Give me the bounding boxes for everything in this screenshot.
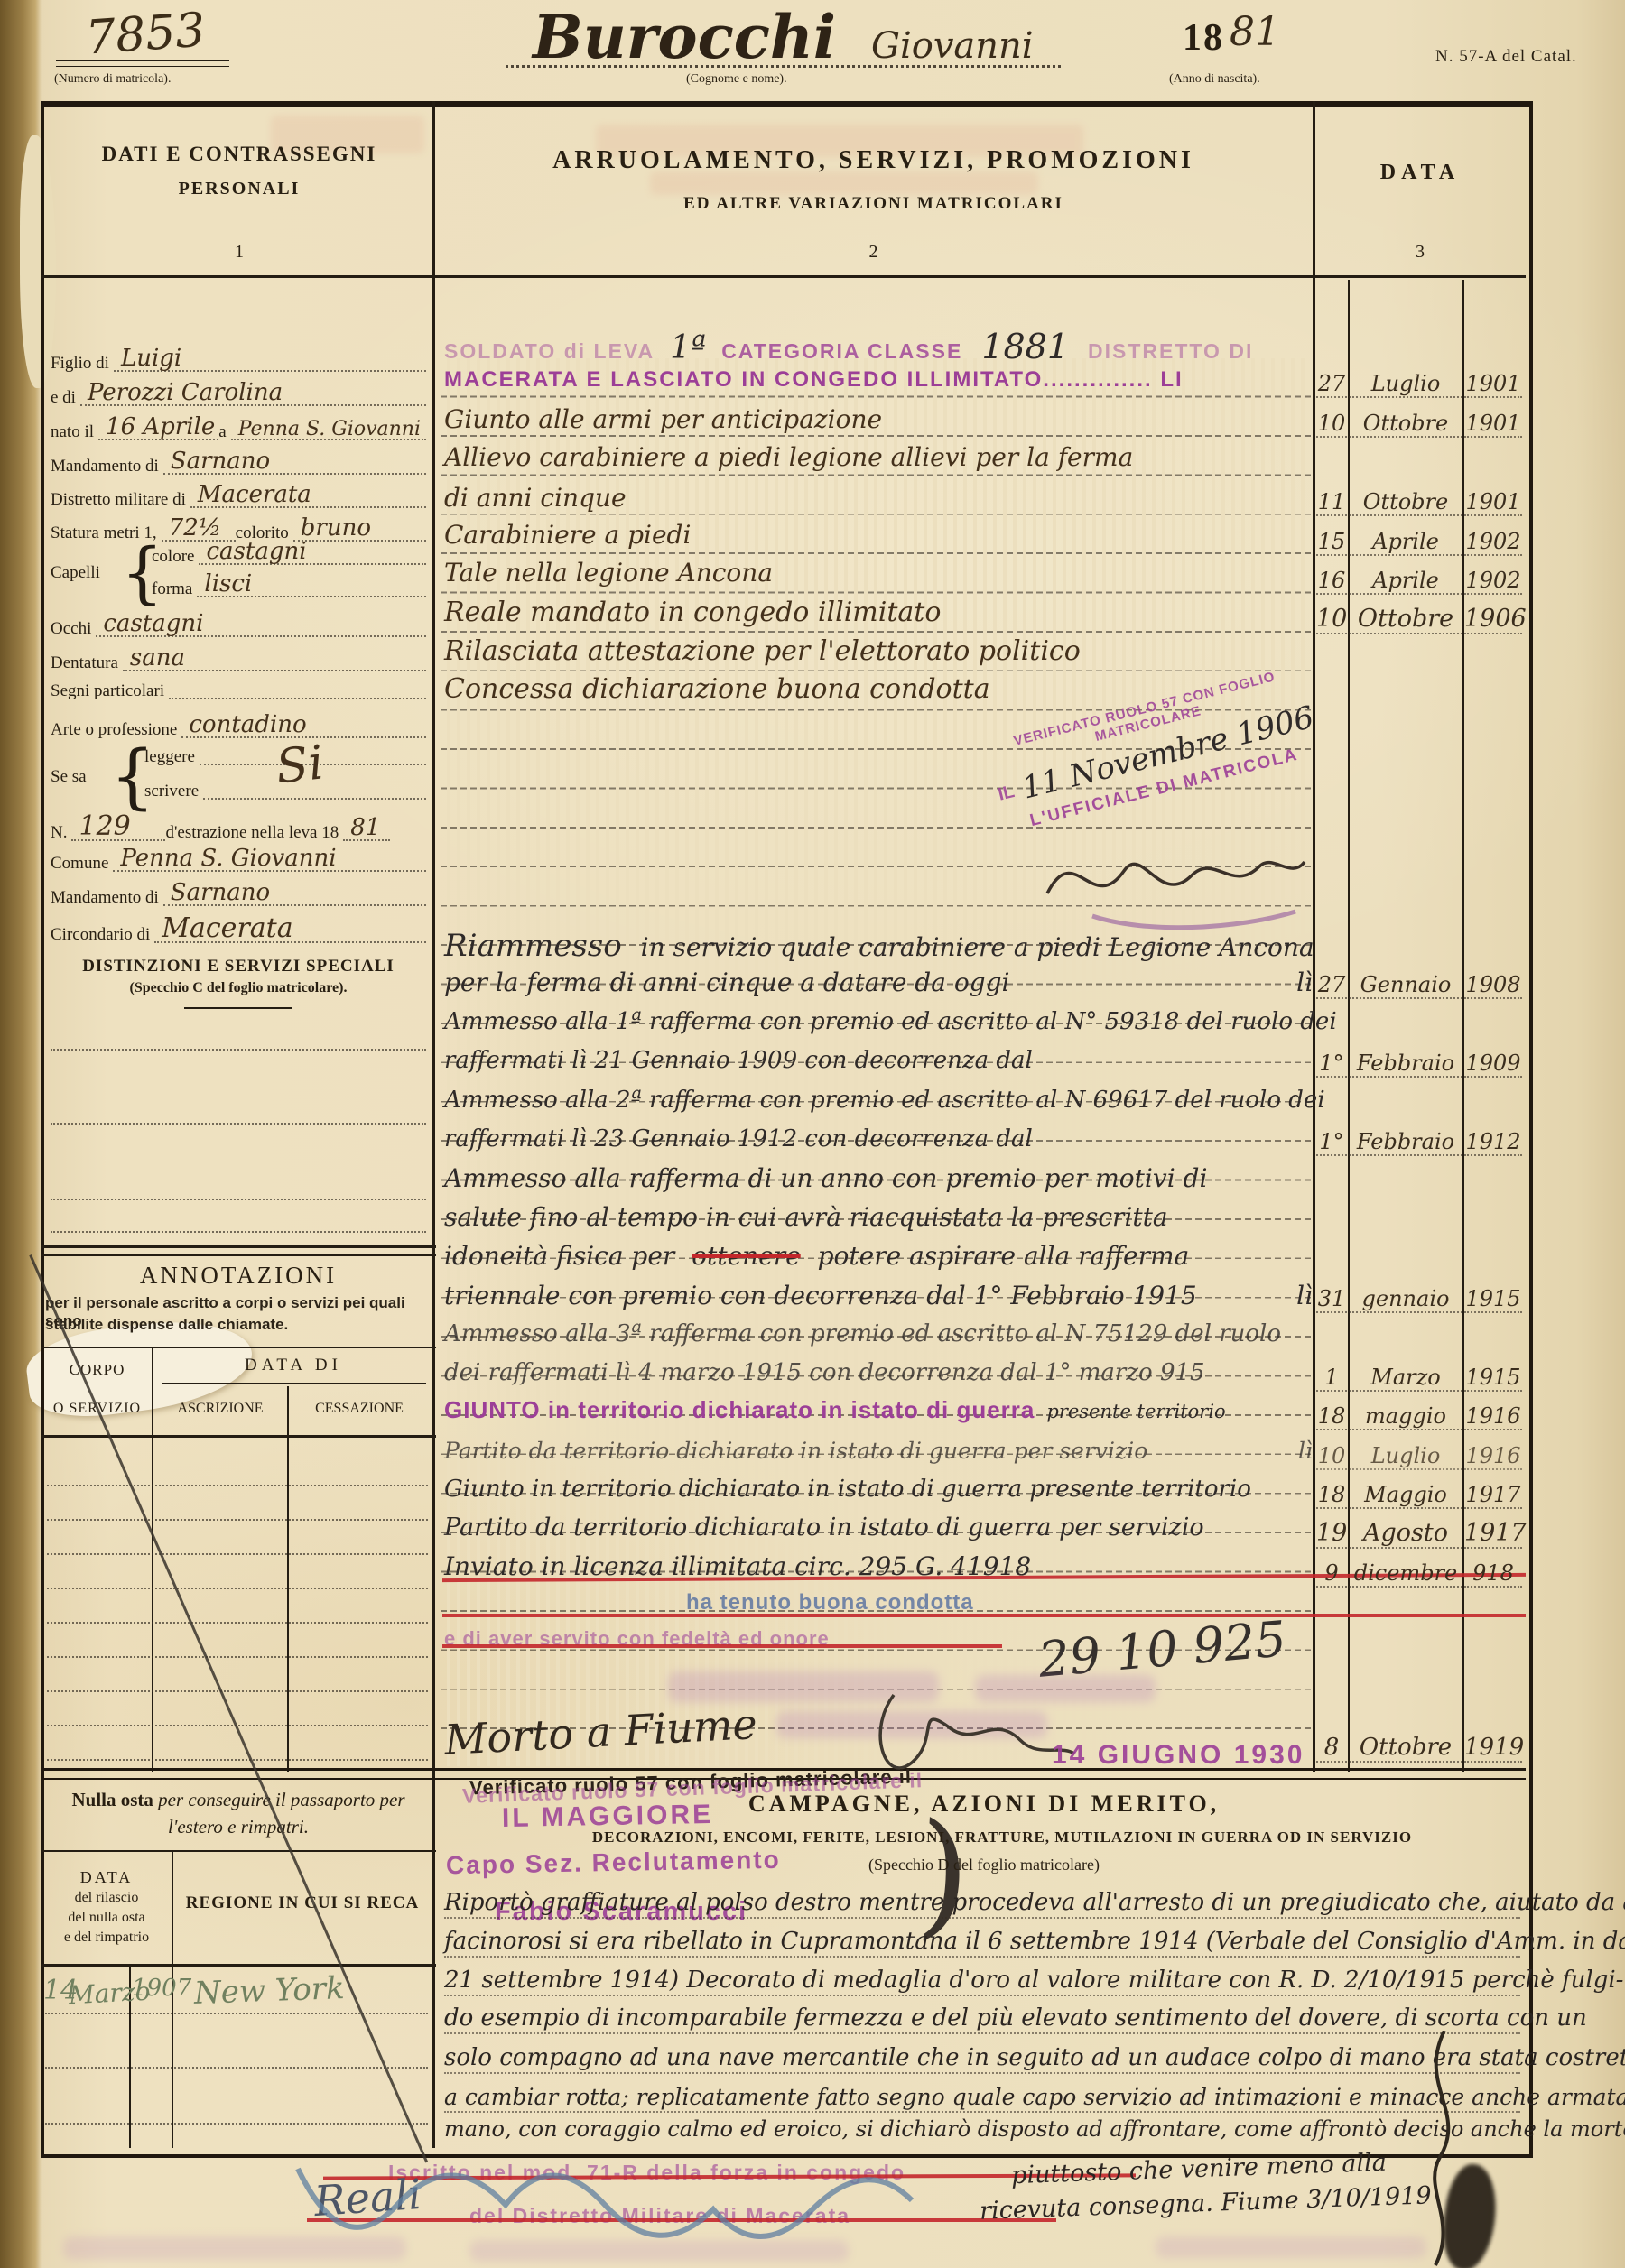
date-row: 10Ottobre1901 (1316, 401, 1522, 438)
date-row: 15Aprile1902 (1316, 519, 1522, 556)
field-dentatura: Dentatura sana (51, 648, 426, 671)
citation-line: do esempio di incomparabile fermezza e d… (444, 2005, 1520, 2034)
nullaosta-col-data-2: del rilascio (45, 1890, 168, 1906)
sesa-label: Se sa (51, 767, 87, 787)
annotazioni-empty-row (47, 1638, 428, 1658)
entry-partito-1916: Partito da territorio dichiarato in ista… (444, 1439, 1313, 1464)
annotazioni-title: ANNOTAZIONI (51, 1262, 426, 1290)
field-professione: Arte o professione contadino (51, 715, 426, 738)
entry-rafferma-anno-b: salute fino al tempo in cui avrà riacqui… (444, 1204, 1313, 1232)
date-row: 8Ottobre1919 (1316, 1726, 1522, 1763)
entry-rafferma2-a: Ammesso alla 2ª rafferma con premio ed a… (444, 1088, 1313, 1114)
given-name: Giovanni (871, 25, 1034, 67)
surname: Burocchi (533, 2, 836, 72)
field-e-di: e di Perozzi Carolina (51, 383, 426, 406)
date-row: 18maggio1916 (1316, 1393, 1522, 1430)
pen-flourish (1390, 2031, 1481, 2268)
annotazioni-empty-row (47, 1707, 428, 1726)
nullaosta-header-bottom (41, 1964, 436, 1967)
distinzioni-title: DISTINZIONI E SERVIZI SPECIALI (51, 957, 426, 977)
annotazioni-col-datadi: DATA DI (158, 1356, 429, 1375)
nullaosta-col-data-4: e del rimpatrio (45, 1930, 168, 1946)
field-circondario: Circondario di Macerata (51, 916, 426, 943)
entry-carabiniere: Carabiniere a piedi (444, 522, 1313, 550)
citation-line: mano, con coraggio calmo ed eroico, si d… (444, 2117, 1520, 2143)
entry-partito-1917: Partito da territorio dichiarato in ista… (444, 1514, 1313, 1541)
entry-rafferma3-b: dei raffermati lì 4 marzo 1915 con decor… (444, 1360, 1313, 1386)
blank-line (51, 1029, 426, 1051)
annotazioni-empty-row (47, 1467, 428, 1486)
nullaosta-empty-row (45, 2047, 428, 2069)
citation-line: a cambiar rotta; replicatamente fatto se… (444, 2085, 1520, 2113)
name-label: (Cognome e nome). (686, 72, 787, 87)
col3-number: 3 (1318, 242, 1522, 263)
birth-year-printed: 18 (1183, 16, 1224, 60)
annotazioni-table-top (41, 1347, 436, 1348)
date-row: 16Aprile1902 (1316, 558, 1522, 595)
nullaosta-col-data-3: del nulla osta (45, 1910, 168, 1926)
date-row: 1°Febbraio1912 (1316, 1119, 1522, 1156)
field-segni-particolari: Segni particolari (51, 682, 426, 699)
entry-giunto-1917: Giunto in territorio dichiarato in istat… (444, 1477, 1313, 1503)
date-row: 19Agosto1917 (1316, 1512, 1522, 1549)
date-row: 18Maggio1917 (1316, 1472, 1522, 1509)
nullaosta-heading-2: l'estero e rimpatri. (45, 1816, 432, 1838)
annotazioni-empty-row (47, 1535, 428, 1555)
annotazioni-col-corpo: CORPO (45, 1361, 149, 1379)
distinzioni-ornament (184, 1007, 292, 1014)
entry-allievo: Allievo carabiniere a piedi legione alli… (444, 444, 1518, 472)
annotazioni-datadi-rule (162, 1383, 426, 1384)
entry-rafferma-anno-d: triennale con premio con decorrenza dal … (444, 1282, 1313, 1310)
entry-macerata-stamp: MACERATA E LASCIATO IN CONGEDO ILLIMITAT… (444, 368, 1313, 392)
col1-number: 1 (54, 242, 424, 263)
nullaosta-col-data-1: DATA (45, 1868, 168, 1887)
matricola-underline (56, 60, 229, 67)
date-row: 31gennaio1915 (1316, 1276, 1522, 1313)
red-strike-3 (442, 1644, 1002, 1648)
stamp-14-giugno-1930: 14 GIUGNO 1930 (1052, 1740, 1305, 1771)
campagne-subtitle: DECORAZIONI, ENCOMI, FERITE, LESIONI, FR… (506, 1828, 1499, 1847)
annotazioni-empty-row (47, 1604, 428, 1624)
capelli-label: Capelli (51, 563, 100, 583)
entry-riammesso-2: per la ferma di anni cinque a datare da … (444, 969, 1313, 997)
date-row: 27Gennaio1908 (1316, 962, 1522, 999)
entry-rafferma1-b: raffermati lì 21 Gennaio 1909 con decorr… (444, 1048, 1313, 1074)
nullaosta-heading: Nulla osta per conseguire il passaporto … (45, 1789, 432, 1811)
nullaosta-row-line (45, 1993, 428, 2014)
field-figlio-di: Figlio di Luigi (51, 348, 426, 372)
date-row-struck: 9dicembre918 (1316, 1551, 1522, 1588)
date-row: 10Luglio1916 (1316, 1433, 1522, 1470)
annotazioni-empty-row (47, 1501, 428, 1521)
entry-rafferma3-a: Ammesso alla 3ª rafferma con premio ed a… (444, 1321, 1313, 1347)
military-record-sheet: 7853 (Numero di matricola). Burocchi Gio… (0, 0, 1625, 2268)
nullaosta-header-rule (41, 1850, 436, 1852)
entry-rafferma-anno-c: idoneità fisica per ottenere potere aspi… (444, 1243, 1313, 1271)
annotazioni-empty-row (47, 1672, 428, 1692)
field-comune: Comune Penna S. Giovanni (51, 848, 426, 872)
entry-tale-legione: Tale nella legione Ancona (444, 560, 1313, 588)
faded-stamp-fragment (63, 2236, 406, 2260)
date-row: 1°Febbraio1909 (1316, 1041, 1522, 1078)
annotazioni-header-bottom (41, 1435, 436, 1438)
birth-year-written: 81 (1230, 9, 1280, 55)
header-band-rule (41, 275, 1526, 278)
date-row: 1Marzo1915 (1316, 1355, 1522, 1392)
col1-title-1: DATI E CONTRASSEGNI (54, 143, 424, 166)
citation-line: facinorosi si era ribellato in Cupramont… (444, 1929, 1520, 1958)
red-strike-2 (442, 1614, 1526, 1617)
catalog-ref: N. 57-A del Catal. (1435, 47, 1577, 67)
campagne-title: CAMPAGNE, AZIONI DI MERITO, (578, 1791, 1390, 1818)
annotazioni-col-cessazione: CESSAZIONE (291, 1401, 428, 1417)
divider-col1-col2 (432, 101, 435, 2148)
annotazioni-empty-row (47, 1741, 428, 1761)
col2-title: ARRUOLAMENTO, SERVIZI, PROMOZIONI (442, 146, 1305, 175)
birth-year-label: (Anno di nascita). (1169, 72, 1260, 87)
date-row: 10Ottobre1906 (1316, 597, 1522, 634)
field-nato-il: nato il 16 Aprile a Penna S. Giovanni (51, 417, 426, 440)
citation-line: Riportò graffiature al polso destro ment… (444, 1890, 1520, 1919)
entry-giunto-guerra-stamp: GIUNTO in territorio dichiarato in istat… (444, 1397, 1313, 1425)
col2-number: 2 (442, 242, 1305, 263)
matricola-label: (Numero di matricola). (54, 72, 171, 87)
sesa-value: Si (274, 736, 326, 794)
nullaosta-col-regione: REGIONE IN CUI SI RECA (177, 1893, 428, 1913)
matricola-number: 7853 (84, 3, 207, 65)
name-underline (506, 65, 1061, 68)
annotazioni-col-ascrizione: ASCRIZIONE (155, 1401, 285, 1417)
entry-anni-cinque: di anni cinque (444, 485, 1313, 513)
entry-rafferma-anno-a: Ammesso alla rafferma di un anno con pre… (444, 1165, 1313, 1193)
annotazioni-empty-row (47, 1569, 428, 1589)
date-row: 27Luglio1901 (1316, 361, 1522, 398)
officer-signature (1038, 830, 1309, 930)
col1-title-2: PERSONALI (54, 179, 424, 199)
field-mandamento-2: Mandamento di Sarnano (51, 883, 426, 906)
date-row: 11Ottobre1901 (1316, 479, 1522, 516)
annotazioni-top-rule (41, 1245, 436, 1256)
entry-rafferma1-a: Ammesso alla 1ª rafferma con premio ed a… (444, 1009, 1313, 1035)
entry-elettorato: Rilasciata attestazione per l'elettorato… (444, 636, 1313, 666)
field-occhi: Occhi castagni (51, 614, 426, 637)
blank-line (51, 1103, 426, 1125)
citation-line: solo compagno ad una nave mercantile che… (444, 2045, 1520, 2074)
field-distretto: Distretto militare di Macerata (51, 485, 426, 508)
field-sesa-group: Se sa { leggere scrivere Si (51, 742, 426, 810)
entry-soldato-stamp: SOLDATO di LEVA 1ª CATEGORIA CLASSE 1881… (444, 329, 1313, 366)
col3-title: DATA (1318, 161, 1522, 185)
nullaosta-empty-row (45, 2103, 428, 2125)
entry-riammesso-1: Riammesso in servizio quale carabiniere … (444, 930, 1313, 963)
field-mandamento: Mandamento di Sarnano (51, 451, 426, 475)
campagne-note: (Specchio D del foglio matricolare) (578, 1856, 1390, 1875)
blank-line (51, 1211, 426, 1233)
distinzioni-subtitle: (Specchio C del foglio matricolare). (51, 980, 426, 996)
entry-giunto-armi: Giunto alle armi per anticipazione (444, 406, 1313, 434)
col2-subtitle: ED ALTRE VARIAZIONI MATRICOLARI (442, 194, 1305, 214)
blank-line (51, 1179, 426, 1200)
field-numero-estrazione: N. 129 d'estrazione nella leva 18 81 (51, 814, 426, 841)
field-capelli-group: Capelli { colore castagni forma lisci (51, 540, 426, 605)
faded-stamp-fragment (1156, 2236, 1426, 2258)
entry-congedo: Reale mandato in congedo illimitato (444, 597, 1313, 627)
faded-stamp-fragment (469, 2240, 849, 2262)
entry-struck-blue-stamp: ha tenuto buona condotta (686, 1591, 1228, 1615)
entry-rafferma2-b: raffermati lì 23 Gennaio 1912 con decorr… (444, 1126, 1313, 1153)
citation-line: 21 settembre 1914) Decorato di medaglia … (444, 1967, 1520, 1996)
annotazioni-sub2: stabilite dispense dalle chiamate. (45, 1316, 432, 1334)
